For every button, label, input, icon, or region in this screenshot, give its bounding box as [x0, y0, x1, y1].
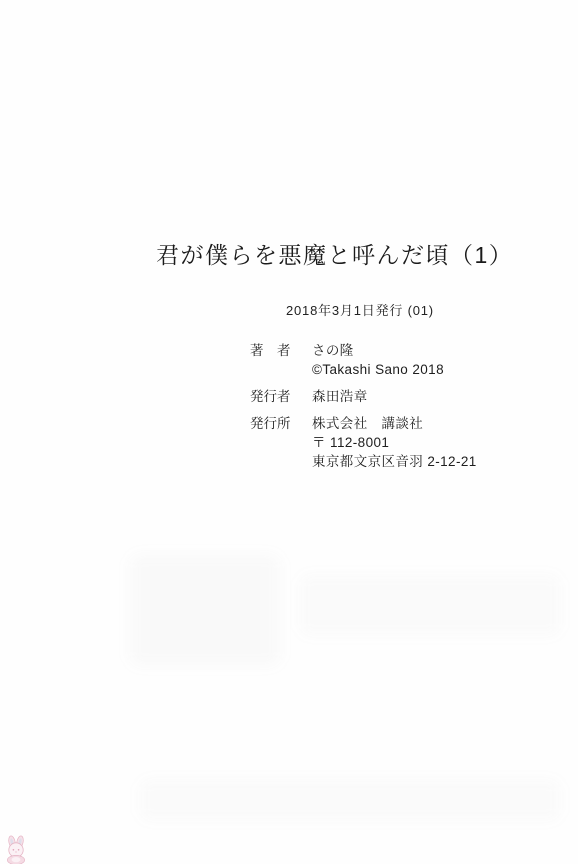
- author-row: 著 者 さの隆 ©Takashi Sano 2018: [250, 341, 477, 379]
- page-showthrough-artifact: [130, 555, 280, 665]
- publisher-postal-code: 〒 112-8001: [312, 433, 477, 452]
- publisher-company-name: 株式会社 講談社: [312, 414, 477, 433]
- page-showthrough-artifact: [300, 575, 560, 635]
- publication-credits: 著 者 さの隆 ©Takashi Sano 2018 発行者 森田浩章 発行所 …: [250, 341, 477, 479]
- issue-date-line: 2018年3月1日発行 (01): [286, 300, 434, 319]
- copyright-line: ©Takashi Sano 2018: [312, 360, 444, 379]
- bunny-watermark-icon: [3, 835, 30, 864]
- colophon-page: 君が僕らを悪魔と呼んだ頃（1） 2018年3月1日発行 (01) 著 者 さの隆…: [0, 0, 578, 864]
- publisher-person-name: 森田浩章: [312, 387, 368, 406]
- publisher-company-label: 発行所: [250, 414, 292, 471]
- book-title: 君が僕らを悪魔と呼んだ頃（1）: [156, 237, 513, 270]
- publisher-address: 東京都文京区音羽 2-12-21: [312, 452, 477, 471]
- publisher-person-row: 発行者 森田浩章: [250, 387, 477, 406]
- author-label: 著 者: [250, 341, 292, 379]
- page-showthrough-artifact: [140, 780, 560, 820]
- publisher-person-label: 発行者: [250, 387, 292, 406]
- author-name: さの隆: [312, 341, 444, 360]
- publisher-company-row: 発行所 株式会社 講談社 〒 112-8001 東京都文京区音羽 2-12-21: [250, 414, 477, 471]
